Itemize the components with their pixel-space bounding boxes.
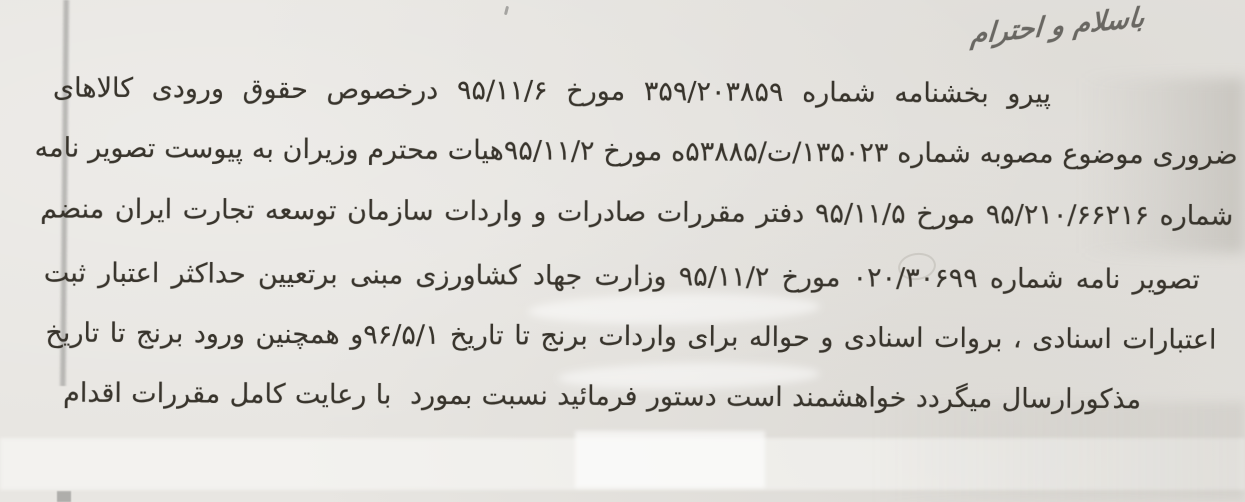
letter-line-6: مذکورارسال میگردد خواهشمند است دستور فرم… — [63, 370, 1141, 429]
letter-line-2: ضروری موضوع مصوبه شماره ۱۳۵۰۲۳/ت/۵۳۸۸۵ه … — [34, 124, 1237, 183]
letter-body: باسلام و احترام پیرو بخشنامه شماره ۳۵۹/۲… — [0, 0, 1245, 502]
handwritten-salutation: باسلام و احترام — [969, 2, 1145, 51]
letter-line-5: اعتبارات اسنادی ، بروات اسنادی و حواله ب… — [45, 309, 1216, 368]
letter-line-4: تصویر نامه شماره ۰۲۰/۳۰۶۹۹ مورخ ۹۵/۱۱/۲ … — [44, 249, 1200, 308]
letter-line-3: شماره ۹۵/۲۱۰/۶۶۲۱۶ مورخ ۹۵/۱۱/۵ دفتر مقر… — [40, 185, 1233, 244]
scanned-document-page: باسلام و احترام پیرو بخشنامه شماره ۳۵۹/۲… — [0, 0, 1245, 502]
letter-line-1: پیرو بخشنامه شماره ۳۵۹/۲۰۳۸۵۹ مورخ ۹۵/۱۱… — [53, 65, 1051, 123]
